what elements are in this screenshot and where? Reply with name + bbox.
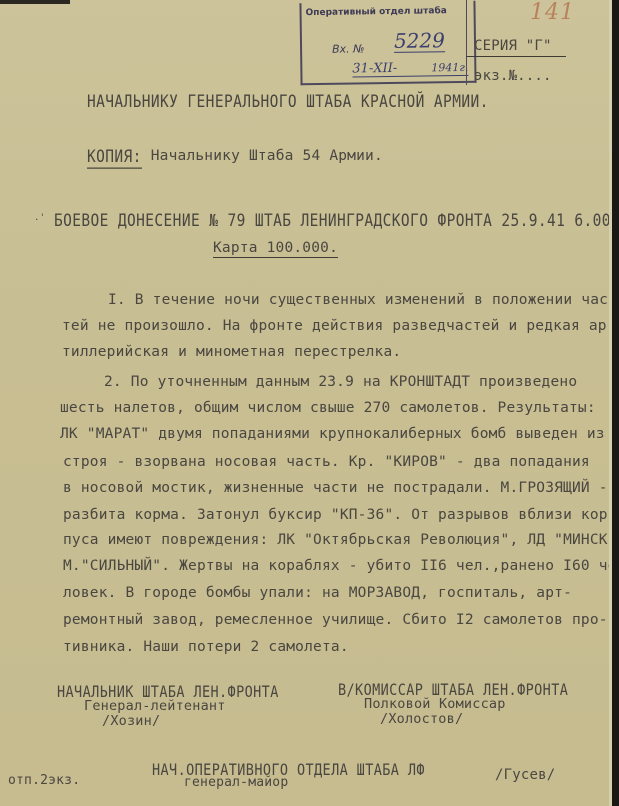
body-line: ремонтный завод, ремесленное училище. Сб… <box>63 612 608 628</box>
copy-number: экз.№.... <box>474 68 552 84</box>
margin-mark: .' <box>34 213 45 223</box>
stamp-date: 31-ХII-1941г. <box>352 61 468 78</box>
registration-stamp: Оперативный отдел штаба Вх. № 5229 31-ХI… <box>299 1 476 85</box>
stamp-date-day: 31-ХII- <box>352 61 397 77</box>
scan-border <box>612 0 619 806</box>
body-line: тиллерийская и минометная перестрелка. <box>62 344 401 360</box>
body-line: I. В течение ночи существенных изменений… <box>108 292 617 308</box>
signature-bottom-name: /Гусев/ <box>495 767 555 783</box>
map-scale: Карта 100.000. <box>213 240 338 258</box>
stamp-title: Оперативный отдел штаба <box>306 6 447 18</box>
body-line: тей не произошло. На фронте действия раз… <box>62 318 616 334</box>
series-underline <box>466 56 566 57</box>
report-title: БОЕВОЕ ДОНЕСЕНИЕ № 79 ШТАБ ЛЕНИНГРАДСКОГ… <box>54 212 619 230</box>
signature-bottom-rank: генерал-майор <box>184 775 288 790</box>
body-line: разбита корма. Затонул буксир "КП-36". О… <box>63 507 617 523</box>
series-label: СЕРИЯ "Г" <box>474 38 552 54</box>
body-line: строя - взорвана носовая часть. Кр. "КИР… <box>63 454 590 470</box>
signature-right-rank: Полковой Комиссар <box>364 696 506 712</box>
copy-to: Начальнику Штаба 54 Армии. <box>151 148 383 164</box>
stamp-incoming-number: 5229 <box>394 29 445 53</box>
signature-right-name: /Холостов/ <box>380 711 463 727</box>
copy-line: КОПИЯ: Начальнику Штаба 54 Армии. <box>87 148 383 166</box>
archive-page-number: 141 <box>530 0 575 25</box>
body-line: М."СИЛЬНЫЙ". Жертвы на кораблях - убито … <box>63 558 619 574</box>
body-line: в носовой мостик, жизненные части не пос… <box>63 480 608 496</box>
document-page: Оперативный отдел штаба Вх. № 5229 31-ХI… <box>0 0 612 806</box>
body-line: ЛК "МАРАТ" двумя попаданиями крупнокалиб… <box>60 426 605 442</box>
body-line: шесть налетов, общим числом свыше 270 са… <box>60 400 596 416</box>
scan-shadow <box>0 0 70 4</box>
signature-left-rank: Генерал-лейтенант <box>84 698 226 714</box>
stamp-incoming-label: Вх. № <box>332 42 365 55</box>
stamp-date-year: 1941г. <box>431 61 468 76</box>
body-line: 2. По уточненным данным 23.9 на КРОНШТАД… <box>104 374 577 390</box>
body-line: пуса имеют повреждения: ЛК "Октябрьская … <box>63 532 617 548</box>
signature-left-name: /Хозин/ <box>102 713 160 729</box>
stamp-divider <box>466 0 467 85</box>
copies-note: отп.2экз. <box>8 773 80 788</box>
body-line: ловек. В городе бомбы упали: на МОРЗАВОД… <box>63 585 572 601</box>
copy-label: КОПИЯ: <box>87 148 142 169</box>
body-line: тивника. Наши потери 2 самолета. <box>63 639 349 655</box>
addressee: НАЧАЛЬНИКУ ГЕНЕРАЛЬНОГО ШТАБА КРАСНОЙ АР… <box>87 93 489 111</box>
